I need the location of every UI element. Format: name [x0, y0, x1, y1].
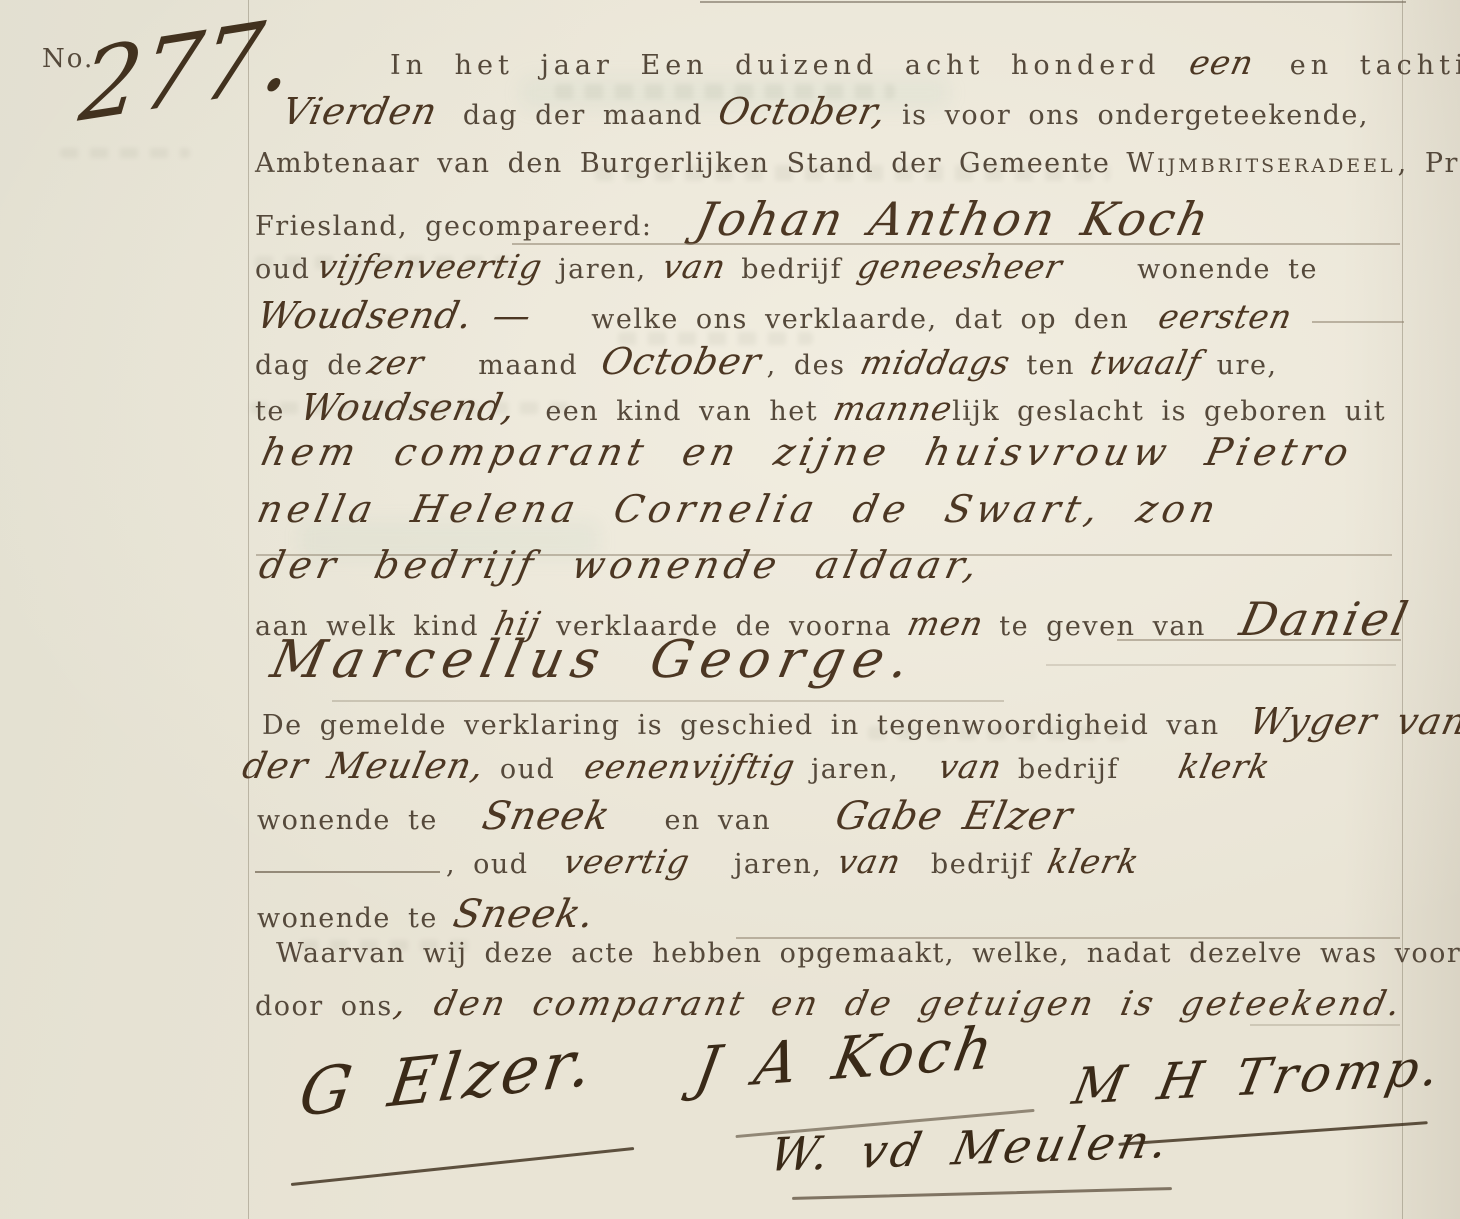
ink-bleed-smudge	[60, 148, 190, 158]
body-line: dag dezermaandOctober, desmiddagstentwaa…	[255, 340, 1278, 384]
printed-text: bedrijf	[931, 849, 1032, 880]
handwritten-day: eersten	[1155, 298, 1296, 337]
body-line: door ons, den comparant en de getuigen i…	[255, 984, 1402, 1024]
witness2-age: veertig	[559, 843, 693, 882]
municipality-name: Wijmbritseradeel	[1126, 148, 1395, 179]
printed-text: In het jaar Een duizend acht honderd	[390, 50, 1160, 81]
witness2-residence: Sneek.	[449, 892, 599, 938]
handwritten-parents: hem comparant en zijne huisvrouw Pietro	[257, 430, 1357, 475]
handwritten-age: vijfenveertig	[314, 248, 546, 287]
printed-text: bedrijf	[1018, 754, 1119, 785]
body-line: der bedrijf wonende aldaar,	[260, 543, 982, 588]
ruled-line	[512, 243, 1400, 245]
handwritten-gender: manne	[830, 390, 956, 429]
printed-text: wonende te	[257, 805, 438, 836]
handwritten-hour: twaalf	[1087, 344, 1205, 383]
handwritten-birthplace: Woudsend,	[296, 386, 520, 430]
printed-text: te	[255, 396, 285, 427]
body-line: nella Helena Cornelia de Swart, zon	[258, 487, 1220, 532]
handwritten-day: Vierden	[278, 90, 441, 134]
body-line: teWoudsend,een kind van hetmannelijk ges…	[255, 386, 1386, 430]
body-line: Vierdendag der maandOctober,is voor ons …	[283, 90, 1369, 134]
body-line: In het jaar Een duizend acht honderdeene…	[390, 44, 1460, 83]
top-edge-rule	[700, 1, 1406, 3]
printed-text: en van	[664, 805, 771, 836]
printed-text: welke ons verklaarde, dat op den	[591, 304, 1129, 335]
ruled-line	[1312, 321, 1404, 323]
ruled-line	[1117, 639, 1401, 641]
printed-text: , oud	[446, 849, 529, 880]
printed-text: te geven van	[999, 611, 1206, 642]
signature-declarant: J A Koch	[690, 1013, 1002, 1103]
handwritten-occupation: geneesheer	[854, 248, 1066, 287]
body-line: wonende teSneek.	[257, 892, 594, 938]
printed-text: , Provincie	[1398, 148, 1460, 179]
handwritten-month: October,	[714, 90, 890, 134]
handwritten-mother-name: nella Helena Cornelia de Swart, zon	[253, 487, 1224, 532]
printed-text: , des	[767, 350, 846, 381]
body-line: Waarvan wij deze acte hebben opgemaakt, …	[276, 938, 1460, 970]
body-line: Ambtenaar van den Burgerlijken Stand der…	[255, 148, 1460, 180]
body-line: oudvijfenveertigjaren,vanbedrijfgeneeshe…	[255, 248, 1318, 287]
printed-text: jaren,	[734, 849, 822, 880]
witness2-name: Gabe Elzer	[831, 794, 1077, 840]
ruled-line	[1250, 1024, 1400, 1026]
printed-text: De gemelde verklaring is geschied in teg…	[262, 710, 1220, 741]
printed-text: wonende te	[257, 903, 438, 934]
signature-witness-meulen: W. vd Meulen.	[765, 1114, 1177, 1182]
printed-text: een kind van het	[545, 396, 818, 427]
body-line: wonende teSneeken vanGabe Elzer	[257, 794, 1072, 840]
handwritten-year: een	[1186, 44, 1258, 83]
printed-text: ten	[1026, 350, 1075, 381]
signature-registrar: M H Tromp.	[1068, 1038, 1448, 1116]
act-number: 277.	[74, 0, 299, 145]
printed-text: en tachtig, den	[1290, 50, 1460, 81]
printed-text: jaren,	[811, 754, 899, 785]
body-line: Woudsend. —welke ons verklaarde, dat op …	[258, 294, 1292, 338]
signature-flourish	[291, 1147, 634, 1186]
printed-text: oud	[500, 754, 555, 785]
handwritten-text: middags	[857, 344, 1014, 383]
witness1-name: Wyger van	[1245, 700, 1460, 744]
body-line: hem comparant en zijne huisvrouw Pietro	[262, 430, 1353, 475]
handwritten-text: van	[935, 748, 1006, 787]
printed-text: ure,	[1217, 350, 1278, 381]
witness1-age: eenenvijftig	[581, 748, 799, 787]
handwritten-closing: , den comparant en de getuigen is geteek…	[391, 984, 1407, 1024]
signature-witness-elzer: G Elzer.	[295, 1026, 600, 1132]
printed-text: maand	[478, 350, 578, 381]
body-line: Marcellus George.	[272, 630, 916, 691]
signature-flourish	[792, 1187, 1172, 1199]
child-names: Marcellus George.	[265, 630, 922, 691]
body-line: De gemelde verklaring is geschied in teg…	[262, 700, 1460, 744]
handwritten-text: van	[834, 843, 905, 882]
printed-text: lijk geslacht is geboren uit	[952, 396, 1386, 427]
body-line: der Meulen,oudeenenvijftigjaren,vanbedri…	[243, 746, 1270, 788]
handwritten-text: der bedrijf wonende aldaar,	[255, 543, 986, 588]
printed-text: wonende te	[1137, 254, 1318, 285]
witness1-residence: Sneek	[478, 794, 614, 840]
printed-text: door ons	[255, 991, 393, 1022]
printed-text: oud	[255, 254, 310, 285]
witness2-occupation: klerk	[1044, 843, 1143, 882]
left-margin-rule	[248, 0, 249, 1219]
body-line: Friesland, gecompareerd:Johan Anthon Koc…	[255, 192, 1211, 246]
printed-text: dag der maand	[463, 100, 703, 131]
printed-text: is voor ons ondergeteekende,	[902, 100, 1369, 131]
printed-text: jaren,	[558, 254, 646, 285]
printed-text: Ambtenaar van den Burgerlijken Stand der…	[255, 148, 1110, 179]
handwritten-text: zer	[363, 344, 427, 383]
handwritten-residence: Woudsend. —	[253, 294, 536, 338]
witness1-name: der Meulen,	[238, 746, 488, 788]
printed-text: Waarvan wij deze acte hebben opgemaakt, …	[276, 938, 1460, 969]
body-line: , oudveertigjaren,vanbedrijfklerk	[255, 843, 1139, 882]
handwritten-month: October	[598, 340, 766, 384]
birth-certificate-scan: No. 277. In het jaar Een duizend acht ho…	[0, 0, 1460, 1219]
witness1-occupation: klerk	[1175, 748, 1274, 787]
printed-text: dag de	[255, 350, 364, 381]
printed-text: Friesland, gecompareerd:	[255, 211, 652, 242]
ruled-line	[1046, 664, 1396, 666]
handwritten-text: van	[658, 248, 729, 287]
blank-ruled-line	[255, 843, 440, 873]
declarant-name: Johan Anthon Koch	[692, 192, 1217, 246]
printed-text: bedrijf	[741, 254, 842, 285]
